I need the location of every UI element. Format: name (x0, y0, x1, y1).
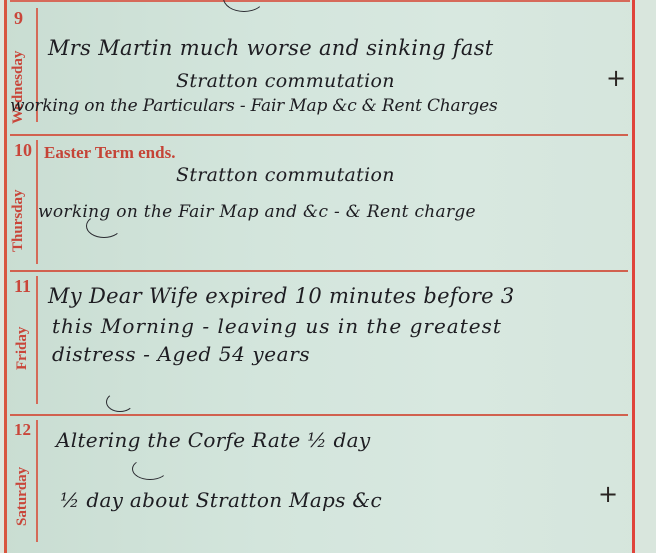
day-divider-rule (10, 414, 628, 416)
day-entry-friday: 11 Friday My Dear Wife expired 10 minute… (8, 270, 632, 410)
day-weekday: Thursday (10, 189, 27, 252)
day-entry-thursday: 10 Thursday Easter Term ends. Stratton c… (8, 134, 632, 266)
day-separator (36, 420, 38, 542)
day-separator (36, 276, 38, 404)
day-label-column: 12 Saturday (8, 414, 36, 553)
day-divider-rule (10, 270, 628, 272)
day-number: 12 (14, 420, 31, 440)
day-weekday: Friday (14, 327, 31, 370)
day-label-column: 11 Friday (8, 270, 36, 410)
day-divider-rule (10, 134, 628, 136)
ink-flourish (106, 392, 134, 412)
entry-line: Stratton commutation (176, 70, 395, 92)
ink-flourish (132, 458, 168, 480)
diary-page: 9 Wednesday Mrs Martin much worse and si… (0, 0, 656, 553)
entry-line: distress - Aged 54 years (52, 342, 310, 366)
day-entry-wednesday: 9 Wednesday Mrs Martin much worse and si… (8, 2, 632, 130)
ink-flourish (86, 214, 122, 238)
page-right-edge (635, 0, 656, 553)
entry-line: My Dear Wife expired 10 minutes before 3 (48, 284, 515, 308)
tick-mark: + (598, 480, 618, 508)
entry-line: Altering the Corfe Rate ½ day (56, 428, 370, 452)
entry-line: ½ day about Stratton Maps &c (60, 488, 382, 512)
day-weekday: Saturday (14, 467, 31, 526)
entry-line: this Morning - leaving us in the greates… (52, 314, 502, 338)
day-label-column: 10 Thursday (8, 134, 36, 266)
entry-line: working on the Particulars - Fair Map &c… (10, 96, 497, 116)
entry-line: Stratton commutation (176, 164, 395, 186)
day-number: 11 (14, 276, 31, 297)
left-margin-rule (4, 0, 7, 553)
ink-flourish (223, 0, 265, 12)
day-number: 10 (14, 140, 32, 161)
day-number: 9 (14, 8, 23, 29)
day-entry-saturday: 12 Saturday Altering the Corfe Rate ½ da… (8, 414, 632, 553)
tick-mark: + (606, 64, 626, 92)
printed-note: Easter Term ends. (44, 143, 175, 163)
entry-line: Mrs Martin much worse and sinking fast (48, 36, 494, 60)
